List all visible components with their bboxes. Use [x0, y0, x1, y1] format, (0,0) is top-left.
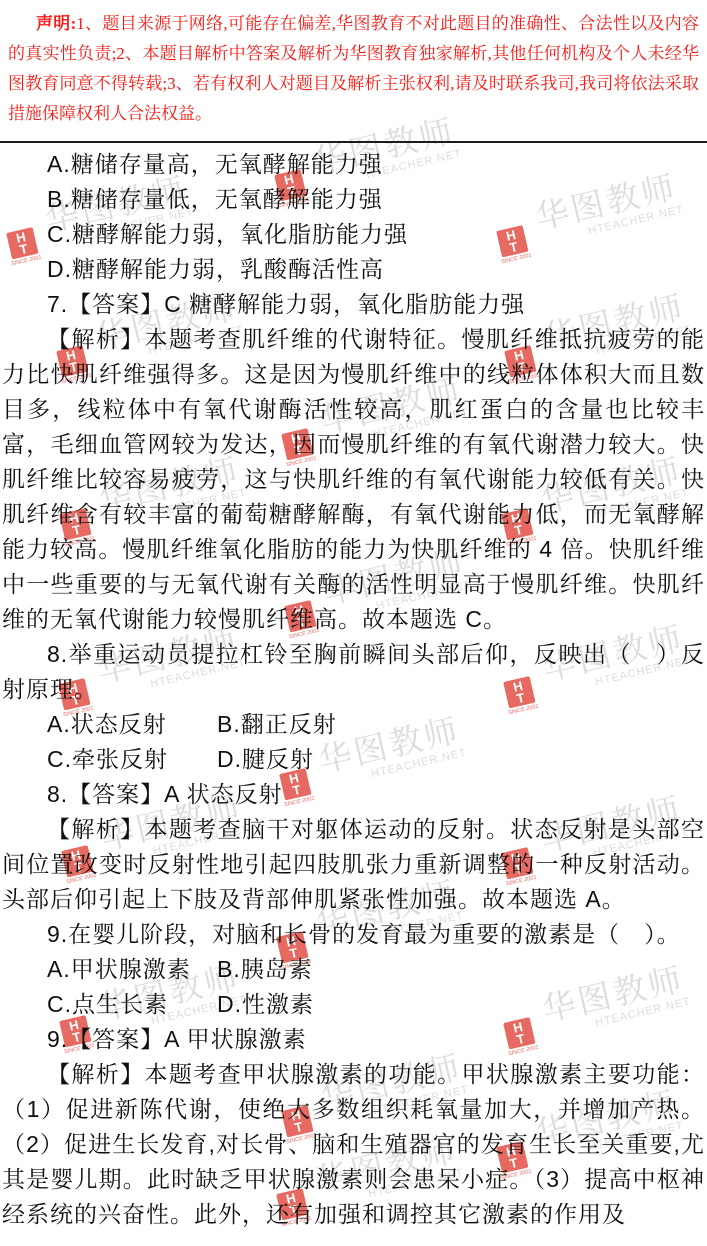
- q9-option-c: C.点生长素: [47, 987, 217, 1022]
- q8-analysis-paragraph: 【解析】本题考查脑干对躯体运动的反射。状态反射是头部空间位置改变时反射性地引起四…: [2, 812, 705, 917]
- q9-analysis-paragraph: 【解析】本题考查甲状腺激素的功能。甲状腺激素主要功能：（1）促进新陈代谢，使绝大…: [2, 1057, 705, 1232]
- document-content: 声明:1、题目来源于网络,可能存在偏差,华图教育不对此题目的准确性、合法性以及内…: [0, 9, 707, 1232]
- disclaimer-text: 1、题目来源于网络,可能存在偏差,华图教育不对此题目的准确性、合法性以及内容的真…: [8, 14, 699, 123]
- q8-option-b: B.翻正反射: [217, 707, 705, 742]
- q9-answer-line: 9.【答案】A 甲状腺激素: [2, 1022, 705, 1057]
- q8-question-line: 8.举重运动员提拉杠铃至胸前瞬间头部后仰，反映出（ ）反射原理。: [2, 637, 705, 707]
- q9-option-d: D.性激素: [217, 987, 705, 1022]
- disclaimer: 声明:1、题目来源于网络,可能存在偏差,华图教育不对此题目的准确性、合法性以及内…: [8, 9, 699, 129]
- q7-answer-line: 7.【答案】C 糖酵解能力弱，氧化脂肪能力强: [2, 287, 705, 322]
- q7-option-b: B.糖储存量低，无氧酵解能力强: [2, 182, 705, 217]
- q9-question-line: 9.在婴儿阶段，对脑和长骨的发育最为重要的激素是（ ）。: [2, 917, 705, 952]
- disclaimer-label: 声明:: [36, 14, 76, 33]
- q8-option-row-cd: C.牵张反射D.腱反射: [2, 742, 705, 777]
- q8-answer-line: 8.【答案】A 状态反射: [2, 777, 705, 812]
- exam-solutions-page: HT SINCE 2001 华图教师 HTEACHER.NET HT SINCE…: [0, 0, 707, 1246]
- questions-body: A.糖储存量高，无氧酵解能力强 B.糖储存量低，无氧酵解能力强 C.糖酵解能力弱…: [2, 147, 705, 1232]
- q7-option-c: C.糖酵解能力弱，氧化脂肪能力强: [2, 217, 705, 252]
- q7-option-d: D.糖酵解能力弱，乳酸酶活性高: [2, 252, 705, 287]
- q7-option-a: A.糖储存量高，无氧酵解能力强: [2, 147, 705, 182]
- q9-option-row-cd: C.点生长素D.性激素: [2, 987, 705, 1022]
- section-divider: [0, 141, 707, 143]
- q8-option-d: D.腱反射: [217, 742, 705, 777]
- q8-option-a: A.状态反射: [47, 707, 217, 742]
- q9-option-a: A.甲状腺激素: [47, 952, 217, 987]
- q7-analysis-paragraph: 【解析】本题考查肌纤维的代谢特征。慢肌纤维抵抗疲劳的能力比快肌纤维强得多。这是因…: [2, 322, 705, 637]
- q9-option-b: B.胰岛素: [217, 952, 705, 987]
- q9-option-row-ab: A.甲状腺激素B.胰岛素: [2, 952, 705, 987]
- q8-option-row-ab: A.状态反射B.翻正反射: [2, 707, 705, 742]
- q8-option-c: C.牵张反射: [47, 742, 217, 777]
